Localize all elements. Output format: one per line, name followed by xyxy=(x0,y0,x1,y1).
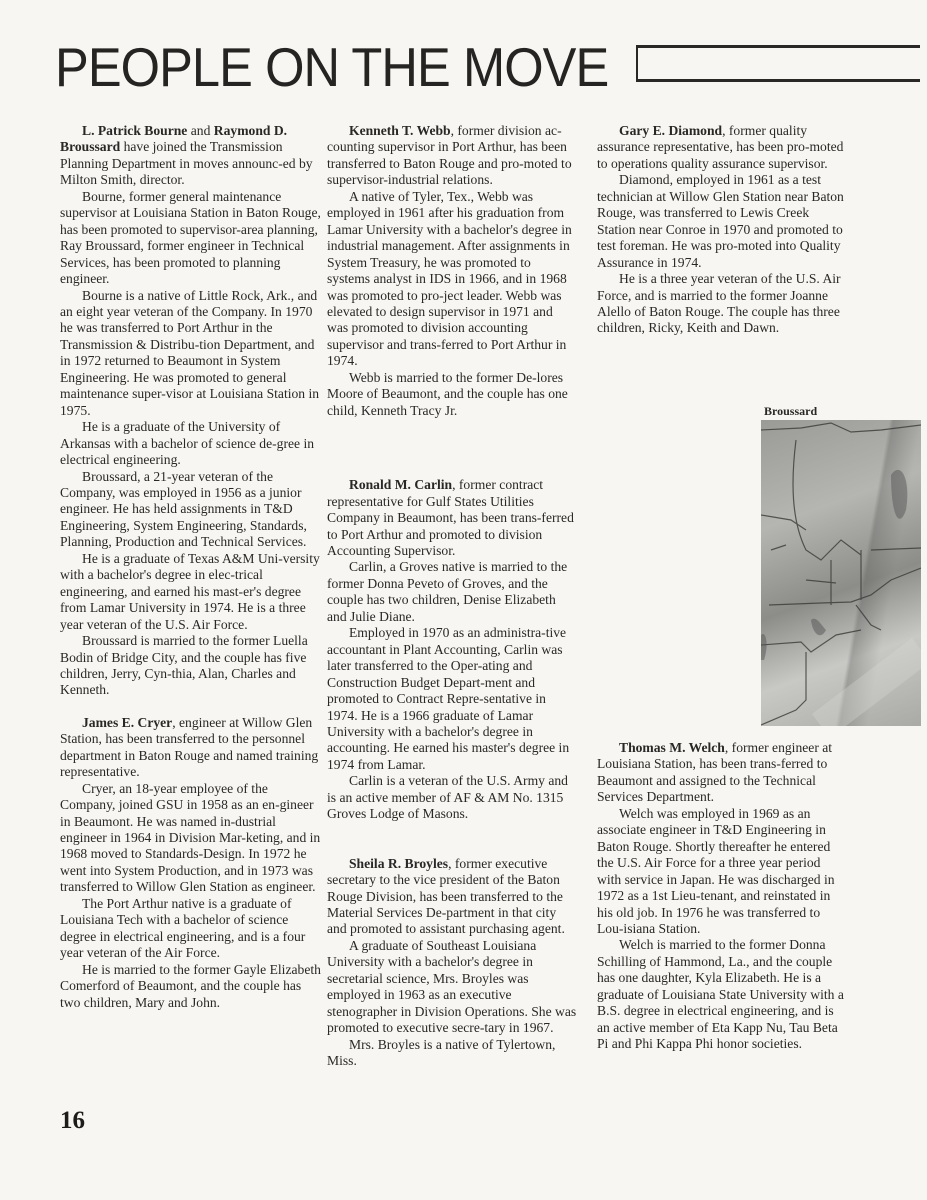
person-name: Ronald M. Carlin xyxy=(349,477,452,492)
article-lead: Ronald M. Carlin, former contract repres… xyxy=(327,477,577,559)
article-paragraph: Carlin is a veteran of the U.S. Army and… xyxy=(327,773,577,822)
article-paragraph: Cryer, an 18-year employee of the Compan… xyxy=(60,781,322,896)
article-lead: L. Patrick Bourne and Raymond D. Broussa… xyxy=(60,123,322,189)
person-name: Sheila R. Broyles xyxy=(349,856,448,871)
person-name: L. Patrick Bourne xyxy=(82,123,187,138)
article-welch: Thomas M. Welch, former engineer at Loui… xyxy=(597,740,847,1053)
article-paragraph: He is married to the former Gayle Elizab… xyxy=(60,962,322,1011)
article-paragraph: Carlin, a Groves native is married to th… xyxy=(327,559,577,625)
article-carlin: Ronald M. Carlin, former contract repres… xyxy=(327,477,577,823)
person-name: James E. Cryer xyxy=(82,715,172,730)
article-paragraph: Mrs. Broyles is a native of Tylertown, M… xyxy=(327,1037,577,1070)
article-paragraph: Employed in 1970 as an administra-tive a… xyxy=(327,625,577,773)
article-lead: Thomas M. Welch, former engineer at Loui… xyxy=(597,740,847,806)
article-lead: James E. Cryer, engineer at Willow Glen … xyxy=(60,715,322,781)
article-paragraph: A native of Tyler, Tex., Webb was employ… xyxy=(327,189,577,370)
article-paragraph: Webb is married to the former De-lores M… xyxy=(327,370,577,419)
column-2: Kenneth T. Webb, former division ac-coun… xyxy=(327,123,577,1070)
article-lead: Gary E. Diamond, former quality assuranc… xyxy=(597,123,847,172)
aerial-map-photo xyxy=(761,420,921,726)
article-paragraph: Broussard is married to the former Luell… xyxy=(60,633,322,699)
article-paragraph: He is a graduate of the University of Ar… xyxy=(60,419,322,468)
article-paragraph: Broussard, a 21-year veteran of the Comp… xyxy=(60,469,322,551)
article-paragraph: Welch is married to the former Donna Sch… xyxy=(597,937,847,1052)
map-lines-icon xyxy=(761,420,921,726)
article-paragraph: The Port Arthur native is a graduate of … xyxy=(60,896,322,962)
article-lead: Kenneth T. Webb, former division ac-coun… xyxy=(327,123,577,189)
article-paragraph: Welch was employed in 1969 as an associa… xyxy=(597,806,847,938)
article-broyles: Sheila R. Broyles, former executive secr… xyxy=(327,856,577,1070)
photo-caption: Broussard xyxy=(764,404,817,419)
column-3: Gary E. Diamond, former quality assuranc… xyxy=(597,123,847,337)
article-cryer: James E. Cryer, engineer at Willow Glen … xyxy=(60,715,322,1011)
article-paragraph: Bourne is a native of Little Rock, Ark.,… xyxy=(60,288,322,420)
column-1: L. Patrick Bourne and Raymond D. Broussa… xyxy=(60,123,322,1011)
person-name: Gary E. Diamond xyxy=(619,123,722,138)
column-3-lower: Thomas M. Welch, former engineer at Loui… xyxy=(597,740,847,1053)
article-spacer xyxy=(327,823,577,856)
person-name: Kenneth T. Webb xyxy=(349,123,451,138)
article-lead: Sheila R. Broyles, former executive secr… xyxy=(327,856,577,938)
page-number: 16 xyxy=(60,1107,85,1135)
page-title: PEOPLE ON THE MOVE xyxy=(55,40,608,95)
article-paragraph: He is a three year veteran of the U.S. A… xyxy=(597,271,847,337)
article-diamond: Gary E. Diamond, former quality assuranc… xyxy=(597,123,847,337)
article-bourne-broussard: L. Patrick Bourne and Raymond D. Broussa… xyxy=(60,123,322,699)
article-spacer xyxy=(60,699,322,715)
header-rule-box xyxy=(636,45,920,82)
person-name: Thomas M. Welch xyxy=(619,740,725,755)
article-spacer xyxy=(327,419,577,477)
article-paragraph: Bourne, former general maintenance super… xyxy=(60,189,322,288)
article-paragraph: He is a graduate of Texas A&M Uni-versit… xyxy=(60,551,322,633)
article-paragraph: A graduate of Southeast Louisiana Univer… xyxy=(327,938,577,1037)
article-webb: Kenneth T. Webb, former division ac-coun… xyxy=(327,123,577,419)
article-paragraph: Diamond, employed in 1961 as a test tech… xyxy=(597,172,847,271)
